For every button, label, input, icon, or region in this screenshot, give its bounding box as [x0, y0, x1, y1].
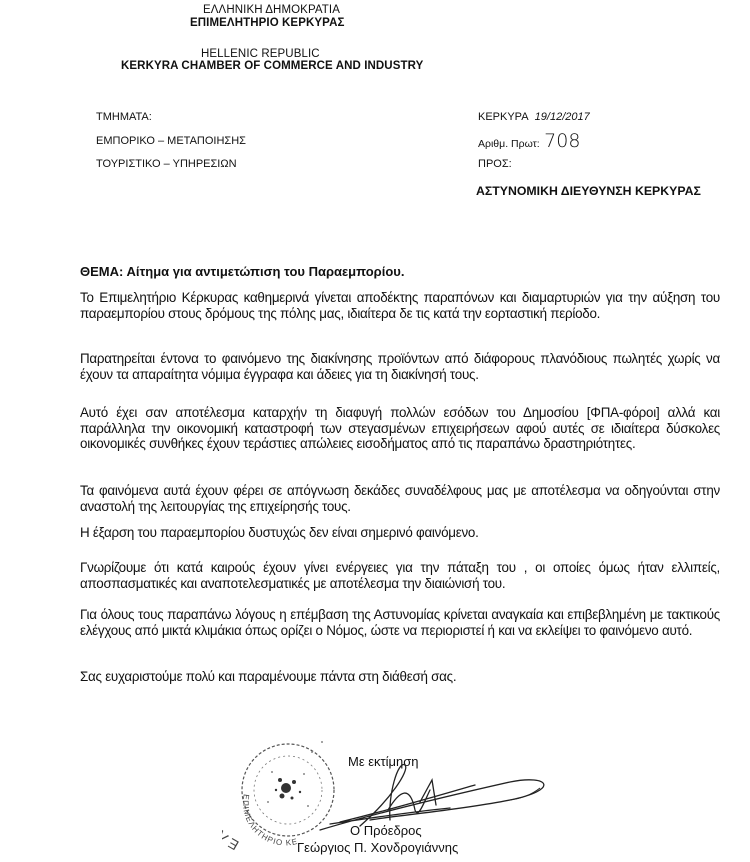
letterhead-greek-republic: ΕΛΛΗΝΙΚΗ ΔΗΜΟΚΡΑΤΙΑ	[203, 4, 340, 16]
recipient: ΑΣΤΥΝΟΜΙΚΗ ΔΙΕΥΘΥΝΣΗ ΚΕΡΚΥΡΑΣ	[476, 184, 701, 198]
place: ΚΕΡΚΥΡΑ	[478, 111, 529, 123]
paragraph-1: Το Επιμελητήριο Κέρκυρας καθημερινά γίνε…	[80, 290, 720, 321]
subject: ΘΕΜΑ: Αίτημα για αντιμετώπιση του Παραεμ…	[80, 264, 404, 279]
letterhead-english-chamber: KERKYRA CHAMBER OF COMMERCE AND INDUSTRY	[121, 60, 423, 72]
paragraph-2: Παρατηρείται έντονα το φαινόμενο της δια…	[80, 351, 720, 382]
to-label: ΠΡΟΣ:	[478, 158, 512, 170]
letterhead-greek-chamber: ΕΠΙΜΕΛΗΤΗΡΙΟ ΚΕΡΚΥΡΑΣ	[190, 17, 344, 29]
signatory-name: Γεώργιος Π. Χονδρογιάννης	[297, 840, 458, 855]
protocol-label: Αριθμ. Πρωτ:	[478, 138, 540, 150]
department-tourism: ΤΟΥΡΙΣΤΙΚΟ – ΥΠΗΡΕΣΙΩΝ	[96, 158, 237, 170]
handwritten-signature-icon	[310, 760, 570, 835]
letterhead-english-republic: HELLENIC REPUBLIC	[201, 48, 320, 60]
protocol-line: Αριθμ. Πρωτ: 708	[478, 130, 580, 152]
paragraph-4: Τα φαινόμενα αυτά έχουν φέρει σε απόγνωσ…	[80, 483, 720, 514]
paragraph-7: Για όλους τους παραπάνω λόγους η επέμβασ…	[80, 607, 720, 638]
date-line: ΚΕΡΚΥΡΑ 19/12/2017	[478, 111, 590, 123]
paragraph-6: Γνωρίζουμε ότι κατά καιρούς έχουν γίνει …	[80, 560, 720, 591]
date: 19/12/2017	[535, 111, 590, 123]
svg-text:ΕΛΛΗΝΙΚΗ: ΕΛΛΗΝΙΚΗ	[222, 756, 241, 853]
paragraph-8: Σας ευχαριστούμε πολύ και παραμένουμε πά…	[80, 669, 720, 685]
signatory-title: Ο Πρόεδρος	[350, 823, 422, 838]
paragraph-3: Αυτό έχει σαν αποτέλεσμα καταρχήν τη δια…	[80, 405, 720, 452]
paragraph-5: Η έξαρση του παραεμπορίου δυστυχώς δεν ε…	[80, 525, 720, 541]
svg-text:ΕΠΙΜΕΛΗΤΗΡΙΟ ΚΕ: ΕΠΙΜΕΛΗΤΗΡΙΟ ΚΕ	[241, 794, 299, 848]
departments-label: ΤΜΗΜΑΤΑ:	[96, 111, 152, 123]
protocol-number: 708	[544, 130, 580, 152]
department-commerce: ΕΜΠΟΡΙΚΟ – ΜΕΤΑΠΟΙΗΣΗΣ	[96, 135, 246, 147]
